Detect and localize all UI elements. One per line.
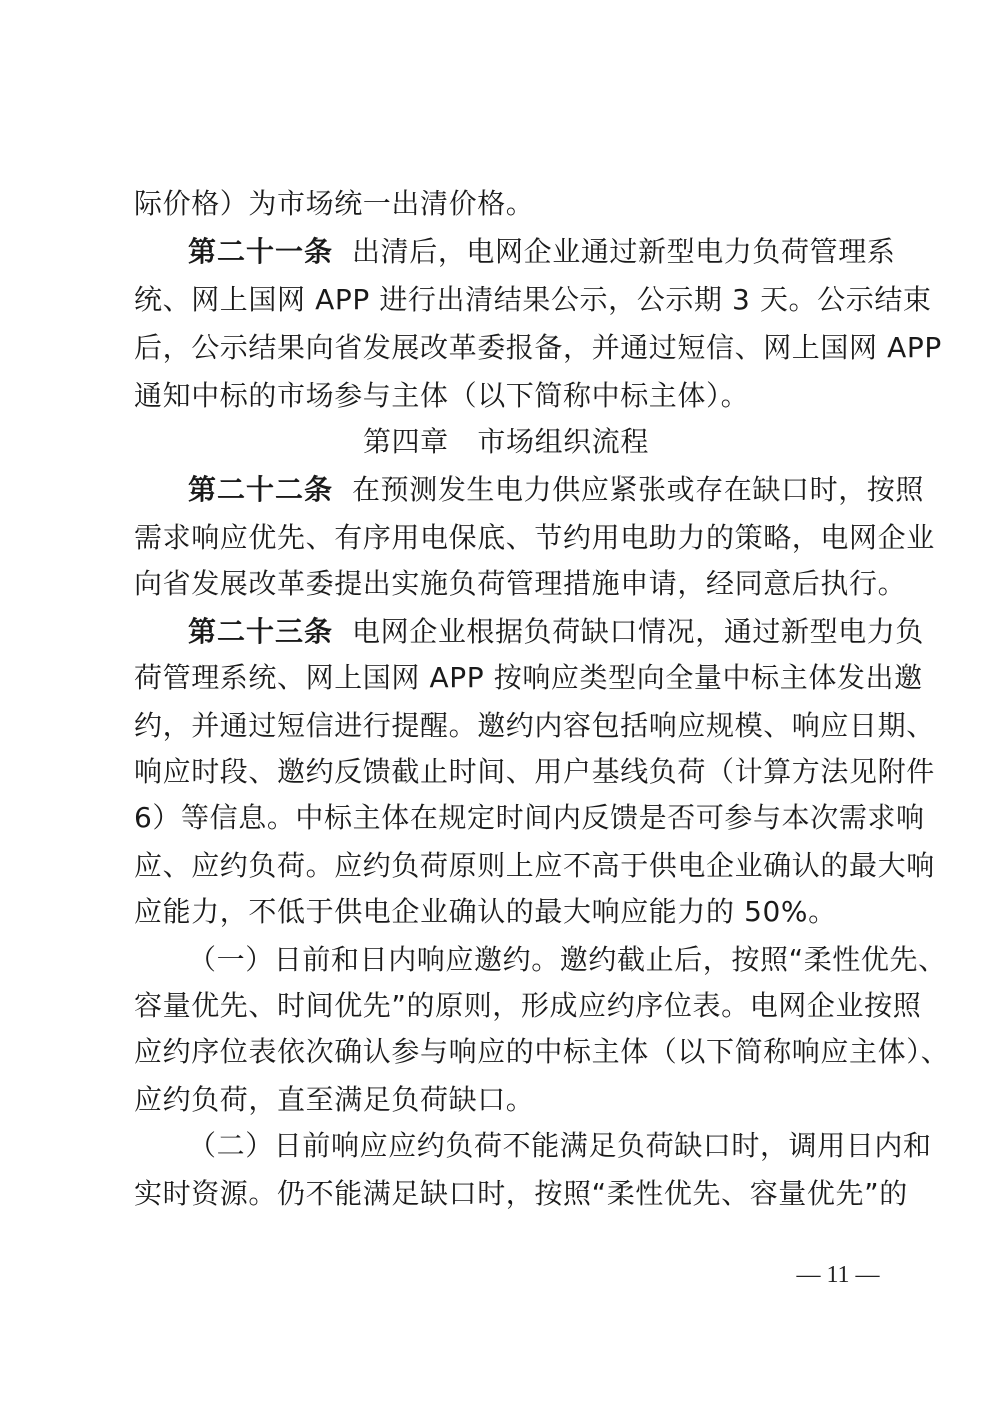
article-number: 第二十二条 <box>134 473 333 506</box>
paragraph-line: 统、网上国网 APP 进行出清结果公示，公示期 3 天。公示结束 <box>134 282 878 318</box>
paragraph-line: 应约负荷，直至满足负荷缺口。 <box>134 1082 878 1118</box>
clause-2-line: （二）日前响应应约负荷不能满足负荷缺口时，调用日内和 <box>134 1128 878 1164</box>
paragraph-line: 应约序位表依次确认参与响应的中标主体（以下简称响应主体）、 <box>134 1034 878 1070</box>
paragraph-line: 约，并通过短信进行提醒。邀约内容包括响应规模、响应日期、 <box>134 708 878 744</box>
article-text: 电网企业根据负荷缺口情况，通过新型电力负 <box>352 615 924 648</box>
article-23-heading-line: 第二十三条 电网企业根据负荷缺口情况，通过新型电力负 <box>134 614 878 650</box>
paragraph-line: 应能力，不低于供电企业确认的最大响应能力的 50%。 <box>134 894 878 930</box>
chapter-title: 第四章 市场组织流程 <box>134 424 878 460</box>
article-21-heading-line: 第二十一条 出清后，电网企业通过新型电力负荷管理系 <box>134 234 878 270</box>
paragraph-line: 后，公示结果向省发展改革委报备，并通过短信、网上国网 APP <box>134 330 878 366</box>
article-number: 第二十一条 <box>134 235 333 268</box>
paragraph-line: 际价格）为市场统一出清价格。 <box>134 186 878 222</box>
article-text: 在预测发生电力供应紧张或存在缺口时，按照 <box>352 473 924 506</box>
paragraph-line: 响应时段、邀约反馈截止时间、用户基线负荷（计算方法见附件 <box>134 754 878 790</box>
paragraph-line: 6）等信息。中标主体在规定时间内反馈是否可参与本次需求响 <box>134 800 878 836</box>
paragraph-line: 需求响应优先、有序用电保底、节约用电助力的策略，电网企业 <box>134 520 878 556</box>
paragraph-line: 实时资源。仍不能满足缺口时，按照“柔性优先、容量优先”的 <box>134 1176 878 1212</box>
article-number: 第二十三条 <box>134 615 333 648</box>
paragraph-line: 向省发展改革委提出实施负荷管理措施申请，经同意后执行。 <box>134 566 878 602</box>
page-number: — 11 — <box>790 1262 886 1289</box>
clause-1-line: （一）日前和日内响应邀约。邀约截止后，按照“柔性优先、 <box>134 942 878 978</box>
article-text: 出清后，电网企业通过新型电力负荷管理系 <box>352 235 895 268</box>
paragraph-line: 应、应约负荷。应约负荷原则上应不高于供电企业确认的最大响 <box>134 848 878 884</box>
paragraph-line: 通知中标的市场参与主体（以下简称中标主体）。 <box>134 378 878 414</box>
article-22-heading-line: 第二十二条 在预测发生电力供应紧张或存在缺口时，按照 <box>134 472 878 508</box>
paragraph-line: 容量优先、时间优先”的原则，形成应约序位表。电网企业按照 <box>134 988 878 1024</box>
paragraph-line: 荷管理系统、网上国网 APP 按响应类型向全量中标主体发出邀 <box>134 660 878 696</box>
